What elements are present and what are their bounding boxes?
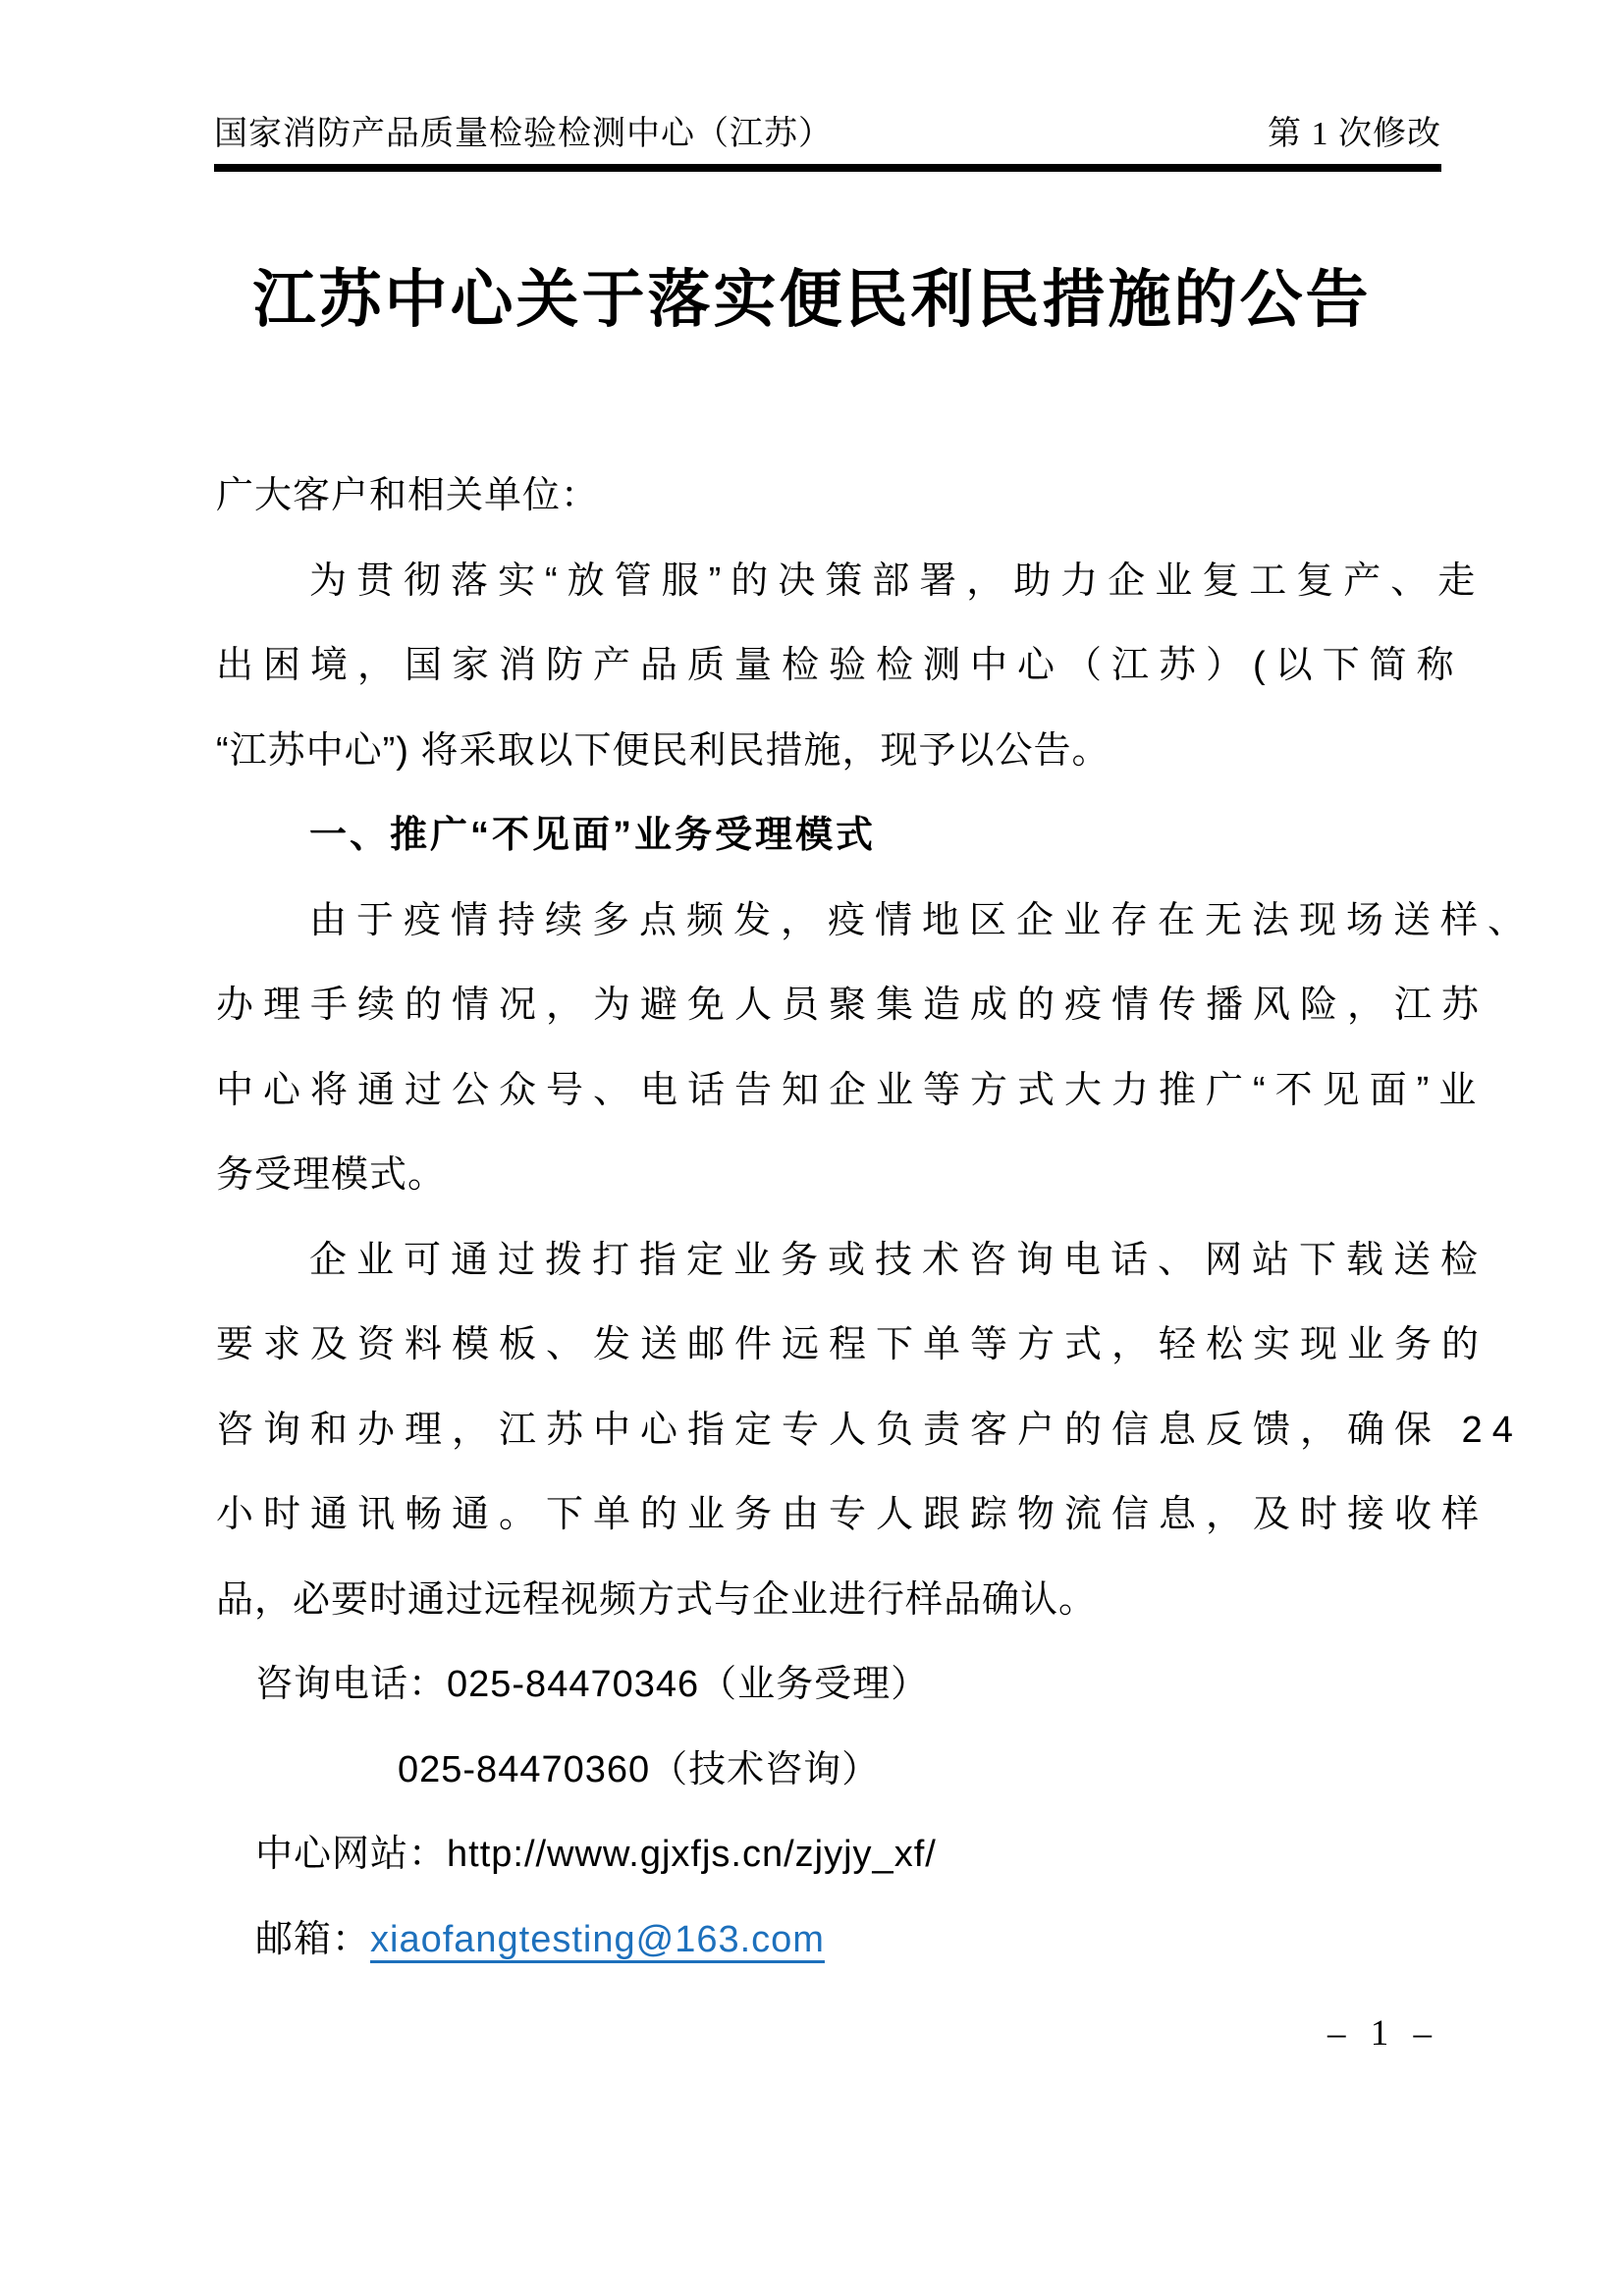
contact-phone-line-2: 025-84470360（技术咨询）: [216, 1728, 1438, 1813]
contact-phone-line-1: 咨询电话：025-84470346（业务受理）: [216, 1642, 1438, 1728]
document-page: 国家消防产品质量检验检测中心（江苏） 第 1 次修改 江苏中心关于落实便民利民措…: [0, 0, 1624, 2296]
paragraph-line: 为贯彻落实“放管服”的决策部署，助力企业复工复产、走: [216, 539, 1438, 624]
paragraph-line: 务受理模式。: [216, 1133, 1438, 1218]
document-title: 江苏中心关于落实便民利民措施的公告: [0, 263, 1624, 339]
page-header: 国家消防产品质量检验检测中心（江苏） 第 1 次修改: [214, 106, 1441, 172]
paragraph-line: 咨询和办理，江苏中心指定专人负责客户的信息反馈，确保 24: [216, 1388, 1438, 1473]
paragraph-line: 由于疫情持续多点频发，疫情地区企业存在无法现场送样、: [216, 879, 1438, 964]
salutation-line: 广大客户和相关单位：: [216, 454, 1438, 539]
paragraph-line: 中心将通过公众号、电话告知企业等方式大力推广“不见面”业: [216, 1048, 1438, 1134]
contact-email-line: 邮箱：xiaofangtesting@163.com: [216, 1897, 1438, 1983]
email-label: 邮箱：: [255, 1919, 370, 1960]
paragraph-line: 小时通讯畅通。下单的业务由专人跟踪物流信息，及时接收样: [216, 1472, 1438, 1558]
paragraph-line: 出困境，国家消防产品质量检验检测中心（江苏）(以下简称: [216, 623, 1438, 709]
header-revision-label: 第 1 次修改: [1268, 106, 1441, 154]
header-org-name: 国家消防产品质量检验检测中心（江苏）: [214, 106, 833, 154]
section-heading: 一、推广“不见面”业务受理模式: [216, 793, 1438, 879]
contact-website-line: 中心网站：http://www.gjxfjs.cn/zjyjy_xf/: [216, 1812, 1438, 1897]
page-number: – 1 –: [1327, 2012, 1439, 2055]
paragraph-line: 品，必要时通过远程视频方式与企业进行样品确认。: [216, 1558, 1438, 1643]
paragraph-line: 企业可通过拨打指定业务或技术咨询电话、网站下载送检: [216, 1218, 1438, 1304]
paragraph-line: “江苏中心”) 将采取以下便民利民措施，现予以公告。: [216, 709, 1438, 794]
document-body: 广大客户和相关单位： 为贯彻落实“放管服”的决策部署，助力企业复工复产、走 出困…: [216, 454, 1438, 1982]
email-link[interactable]: xiaofangtesting@163.com: [370, 1919, 825, 1960]
paragraph-line: 要求及资料模板、发送邮件远程下单等方式，轻松实现业务的: [216, 1303, 1438, 1388]
paragraph-line: 办理手续的情况，为避免人员聚集造成的疫情传播风险，江苏: [216, 963, 1438, 1048]
